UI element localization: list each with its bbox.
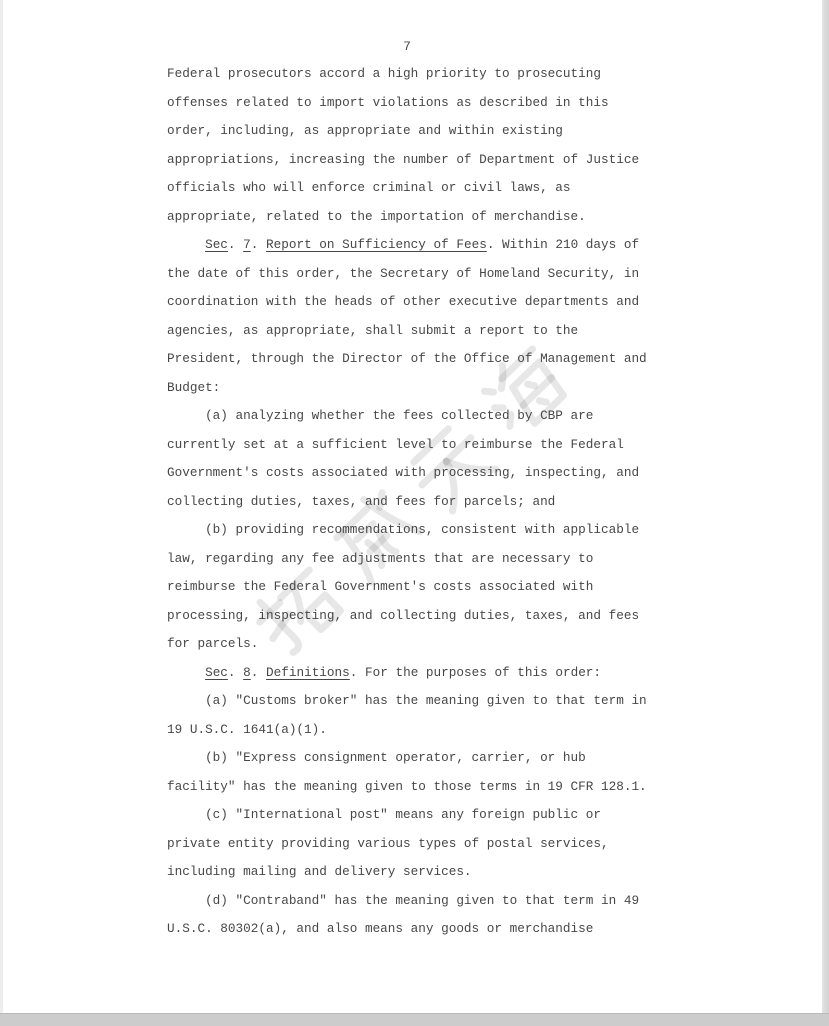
text-line: Sec. 7. Report on Sufficiency of Fees. W… xyxy=(167,231,667,260)
text-line: processing, inspecting, and collecting d… xyxy=(167,602,667,631)
text-line: including mailing and delivery services. xyxy=(167,858,667,887)
text-line: (a) analyzing whether the fees collected… xyxy=(167,402,667,431)
text-column: Federal prosecutors accord a high priori… xyxy=(167,60,667,944)
text-line: collecting duties, taxes, and fees for p… xyxy=(167,488,667,517)
text-line: (b) "Express consignment operator, carri… xyxy=(167,744,667,773)
text-line: Government's costs associated with proce… xyxy=(167,459,667,488)
text-line: for parcels. xyxy=(167,630,667,659)
text-line: (d) "Contraband" has the meaning given t… xyxy=(167,887,667,916)
document-page: 7 xyxy=(0,0,829,1026)
text-line: agencies, as appropriate, shall submit a… xyxy=(167,317,667,346)
viewer-edge-right xyxy=(822,0,829,1013)
text-line: Budget: xyxy=(167,374,667,403)
text-line: facility" has the meaning given to those… xyxy=(167,773,667,802)
text-line: Sec. 8. Definitions. For the purposes of… xyxy=(167,659,667,688)
text-line: private entity providing various types o… xyxy=(167,830,667,859)
text-line: 19 U.S.C. 1641(a)(1). xyxy=(167,716,667,745)
text-line: (b) providing recommendations, consisten… xyxy=(167,516,667,545)
text-line: appropriations, increasing the number of… xyxy=(167,146,667,175)
text-line: U.S.C. 80302(a), and also means any good… xyxy=(167,915,667,944)
viewer-edge-bottom xyxy=(0,1013,829,1026)
text-line: law, regarding any fee adjustments that … xyxy=(167,545,667,574)
text-line: (a) "Customs broker" has the meaning giv… xyxy=(167,687,667,716)
text-line: officials who will enforce criminal or c… xyxy=(167,174,667,203)
text-line: the date of this order, the Secretary of… xyxy=(167,260,667,289)
text-line: reimburse the Federal Government's costs… xyxy=(167,573,667,602)
text-line: coordination with the heads of other exe… xyxy=(167,288,667,317)
text-line: offenses related to import violations as… xyxy=(167,89,667,118)
text-line: currently set at a sufficient level to r… xyxy=(167,431,667,460)
text-line: appropriate, related to the importation … xyxy=(167,203,667,232)
page-number: 7 xyxy=(167,32,647,61)
text-line: President, through the Director of the O… xyxy=(167,345,667,374)
viewer-edge-left xyxy=(0,0,3,1013)
text-line: order, including, as appropriate and wit… xyxy=(167,117,667,146)
viewer-background: { "document": { "page_number": "7", "wat… xyxy=(0,0,829,1026)
text-line: (c) "International post" means any forei… xyxy=(167,801,667,830)
text-line: Federal prosecutors accord a high priori… xyxy=(167,60,667,89)
